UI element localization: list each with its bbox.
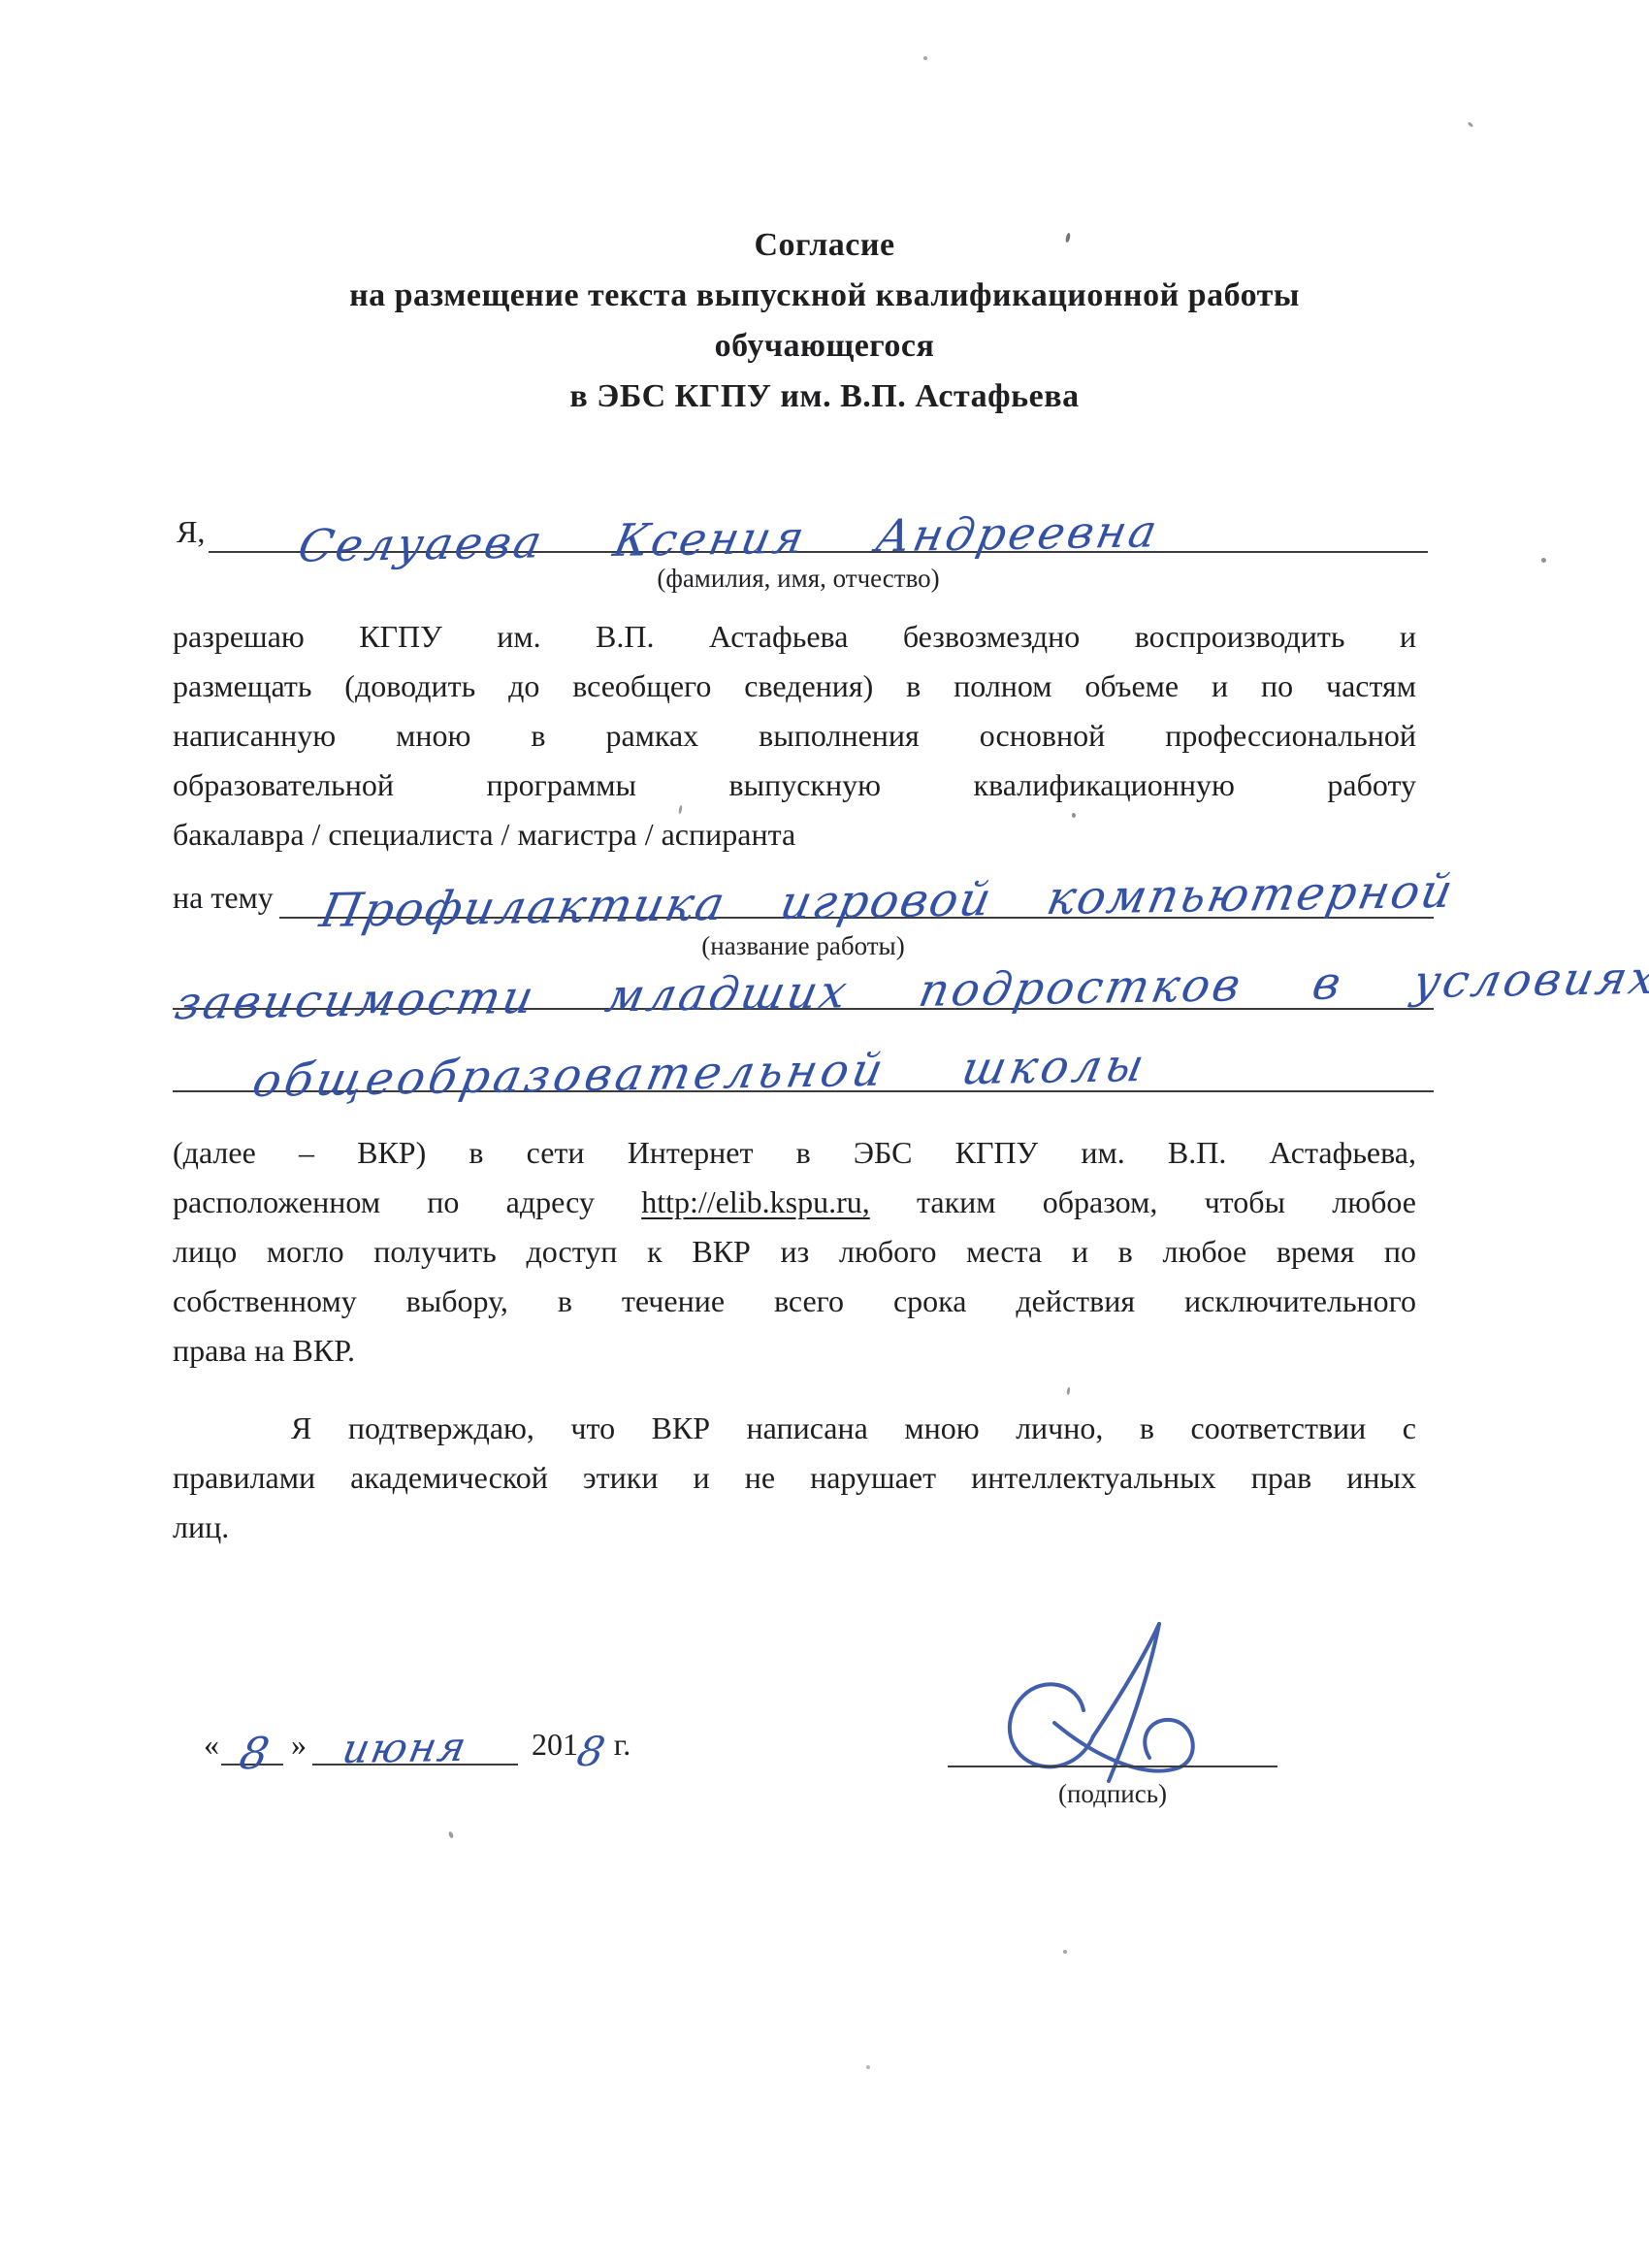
handwritten-full-name: Селуаева Ксения Андреевна	[295, 504, 1165, 571]
month-blank-line: июня	[312, 1707, 518, 1766]
permission-line-1: разрешаю КГПУ им. В.П. Астафьева безвозм…	[173, 614, 1416, 659]
handwritten-month: июня	[339, 1723, 472, 1772]
open-quote: «	[204, 1727, 219, 1766]
year-suffix: г.	[614, 1727, 631, 1766]
scan-speck	[923, 56, 927, 60]
publication-line-2: расположенном по адресу http://elib.kspu…	[173, 1180, 1416, 1224]
name-prefix: Я,	[177, 514, 205, 553]
publication-line-5: права на ВКР.	[173, 1328, 1416, 1373]
signature-block: (подпись)	[948, 1618, 1283, 1831]
theme-blank-line-2: зависимости младших подростков в условия…	[173, 956, 1434, 1010]
day-blank-line: 8	[221, 1707, 283, 1766]
confirmation-line-3: лиц.	[173, 1505, 1416, 1549]
theme-blank-line-1: Профилактика игровой компьютерной	[279, 872, 1434, 919]
handwritten-year-digit: 8	[573, 1728, 611, 1775]
close-quote: »	[291, 1727, 307, 1766]
signature-scribble	[994, 1618, 1237, 1783]
confirmation-line-1: Я подтверждаю, что ВКР написана мною лич…	[173, 1406, 1416, 1450]
year-printed: 201	[532, 1727, 578, 1766]
publication-line-3: лицо могло получить доступ к ВКР из любо…	[173, 1229, 1416, 1274]
title-line-4: в ЭБС КГПУ им. В.П. Астафьева	[0, 372, 1649, 422]
document-title: Согласие на размещение текста выпускной …	[0, 220, 1649, 422]
publication-line-2-post: таким образом, чтобы любое	[917, 1184, 1416, 1219]
publication-line-4: собственному выбору, в течение всего сро…	[173, 1279, 1416, 1323]
theme-row-1: на тему Профилактика игровой компьютерно…	[173, 874, 1434, 919]
scan-speck	[448, 1831, 454, 1839]
handwritten-theme-3: общеобразовательной школы	[248, 1039, 1152, 1108]
signature-caption: (подпись)	[948, 1779, 1277, 1809]
theme-label: на тему	[173, 880, 274, 919]
handwritten-day: 8	[236, 1728, 275, 1780]
permission-line-5: бакалавра / специалиста / магистра / асп…	[173, 812, 1416, 857]
title-line-3: обучающегося	[0, 321, 1649, 372]
handwritten-theme-2: зависимости младших подростков в условия…	[171, 952, 1649, 1031]
theme-blank-line-3: общеобразовательной школы	[173, 1039, 1434, 1092]
signature-line	[948, 1766, 1277, 1767]
publication-line-2-pre: расположенном по адресу	[173, 1184, 595, 1219]
handwritten-theme-1: Профилактика игровой компьютерной	[315, 864, 1458, 938]
scanned-consent-document: Согласие на размещение текста выпускной …	[0, 0, 1649, 2268]
date-row: « 8 » июня 201 8 г.	[204, 1709, 669, 1766]
publication-line-1: (далее – ВКР) в сети Интернет в ЭБС КГПУ…	[173, 1130, 1416, 1175]
title-line-2: на размещение текста выпускной квалифика…	[0, 271, 1649, 321]
scan-speck	[866, 2065, 870, 2069]
scan-speck	[1072, 813, 1076, 818]
scan-speck	[1063, 1950, 1067, 1954]
confirmation-line-2: правилами академической этики и не наруш…	[173, 1455, 1416, 1500]
name-caption: (фамилия, имя, отчество)	[173, 564, 1424, 594]
scan-speck	[1541, 558, 1546, 563]
title-line-1: Согласие	[0, 220, 1649, 271]
permission-line-4: образовательной программы выпускную квал…	[173, 762, 1416, 807]
permission-line-2: размещать (доводить до всеобщего сведени…	[173, 664, 1416, 708]
name-row: Я, Селуаева Ксения Андреевна	[177, 497, 1428, 553]
scan-speck	[1066, 1387, 1070, 1395]
scan-speck	[1468, 121, 1474, 127]
permission-line-3: написанную мною в рамках выполнения осно…	[173, 713, 1416, 758]
name-blank-line: Селуаева Ксения Андреевна	[209, 495, 1428, 553]
elib-url-text: http://elib.kspu.ru,	[641, 1184, 870, 1219]
